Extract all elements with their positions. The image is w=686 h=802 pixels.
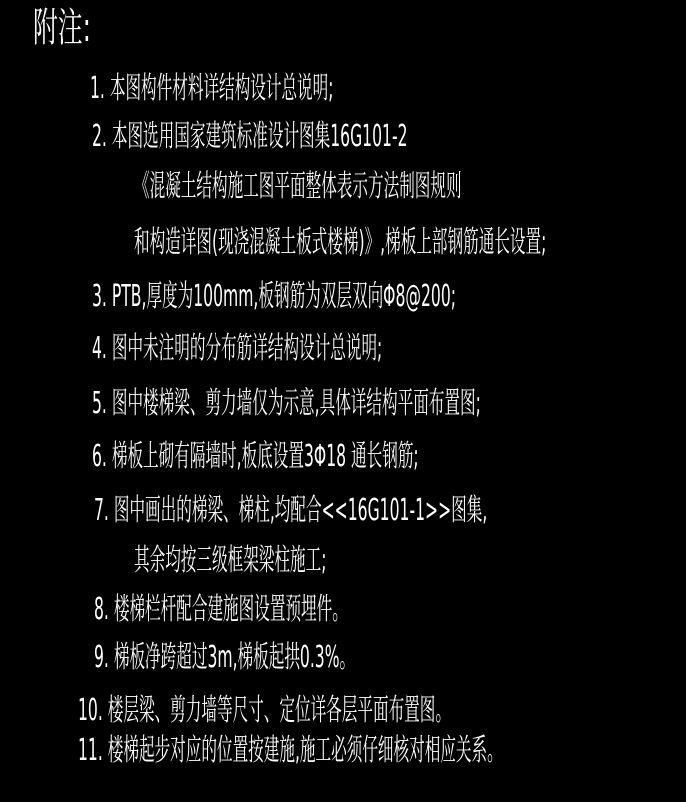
notes-title: 附注: (33, 8, 91, 48)
note-11: 11. 楼梯起步对应的位置按建施,施工必须仔细核对相应关系。 (78, 736, 503, 766)
note-5: 5. 图中楼梯梁、剪力墙仅为示意,具体详结构平面布置图; (92, 389, 481, 419)
note-2-line-3: 和构造详图(现浇混凝土板式楼梯)》,梯板上部钢筋通长设置; (134, 228, 546, 258)
note-3: 3. PTB,厚度为100mm,板钢筋为双层双向Φ8@200; (92, 282, 456, 312)
note-1: 1. 本图构件材料详结构设计总说明; (90, 74, 334, 104)
note-6: 6. 梯板上砌有隔墙时,板底设置3Φ18 通长钢筋; (92, 442, 419, 472)
note-8: 8. 楼梯栏杆配合建施图设置预埋件。 (94, 595, 348, 625)
note-2: 2. 本图选用国家建筑标准设计图集16G101-2 (92, 122, 408, 152)
note-7-line-2: 其余均按三级框架梁柱施工; (134, 546, 326, 576)
note-7: 7. 图中画出的梯梁、梯柱,均配合<<16G101-1>>图集, (94, 496, 487, 526)
note-10: 10. 楼层梁、剪力墙等尺寸、定位详各层平面布置图。 (78, 696, 451, 726)
note-9: 9. 梯板净跨超过3m,梯板起拱0.3%。 (94, 643, 355, 673)
note-2-line-2: 《混凝土结构施工图平面整体表示方法制图规则 (134, 172, 462, 202)
note-4: 4. 图中未注明的分布筋详结构设计总说明; (92, 334, 382, 364)
